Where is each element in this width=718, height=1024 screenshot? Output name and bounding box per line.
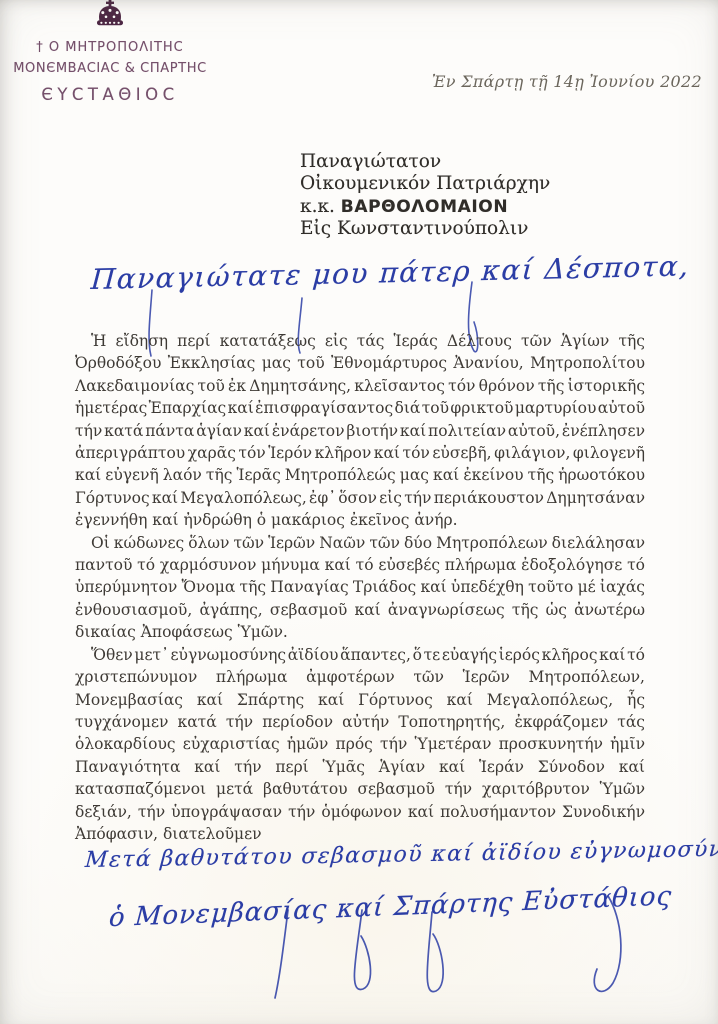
body-line: Παναγιότητα καί τήν περί Ὑμᾶς Ἁγίαν καί …: [75, 756, 645, 778]
body-line: Μονεμβασίας καί Σπάρτης καί Γόρτυνος καί…: [75, 689, 645, 711]
letterhead: † Ο ΜΗΤΡΟΠΟΛΙΤΗC ΜΟΝЄΜΒΑCΙΑC & CΠΑΡΤΗC Є…: [6, 0, 214, 104]
body-paragraph: Οἱ κώδωνες ὅλων τῶν Ἱερῶν Ναῶν τῶν δύο Μ…: [75, 532, 645, 644]
body-line: ὁλοκαρδίους εὐχαριστίας ἡμῶν πρός τήν Ὑμ…: [75, 733, 645, 755]
handwritten-salutation: Παναγιώτατε μου πάτερ καί Δέσποτα,: [90, 249, 691, 296]
body-paragraph: Ὅθεν μετ᾿ εὐγνωμοσύνης ἀϊδίου ἅπαντες, ὅ…: [75, 644, 645, 846]
letterhead-title: † Ο ΜΗΤΡΟΠΟΛΙΤΗC: [6, 40, 214, 55]
body-line: Λακεδαιμονίας τοῦ ἐκ Δημητσάνης, κλεῖσαν…: [75, 375, 645, 397]
body-line: ἡμετέρας Ἐπαρχίας καί ἐπισφραγίσαντος δι…: [75, 397, 645, 419]
body-line: τυγχάνομεν κατά τήν περίοδον αὐτήν Τοποτ…: [75, 711, 645, 733]
body-line: δικαίας Ἀποφάσεως Ὑμῶν.: [75, 621, 645, 643]
body-paragraph: Ἡ εἴδηση περί κατατάξεως εἰς τάς Ἱεράς Δ…: [75, 330, 645, 532]
body-line: Ὀρθοδόξου Ἐκκλησίας μας τοῦ Ἐθνομάρτυρος…: [75, 352, 645, 374]
body-line: παντοῦ τό χαρμόσυνον μήνυμα καί τό εὐσεβ…: [75, 554, 645, 576]
crown-icon: [92, 0, 128, 30]
body-line: καί εὐγενῆ λαόν τῆς Ἱερᾶς Μητροπόλεώς μα…: [75, 464, 645, 486]
handwritten-signature: ὁ Μονεμβασίας καί Σπάρτης Εὐστάθιος: [108, 882, 650, 933]
recipient-honorific: κ.κ.: [300, 196, 335, 217]
body-line: ἐνθουσιασμοῦ, ἀγάπης, σεβασμοῦ καί ἀναγν…: [75, 599, 645, 621]
body-line: δεξιάν, τήν ὑπογράψασαν τήν ὁμόφωνον καί…: [75, 801, 645, 823]
body-line: ἐγεννήθη καί ἠνδρώθη ὁ μακάριος ἐκεῖνος …: [75, 509, 645, 531]
body-line: χριστεπώνυμον πλήρωμα ἀμφοτέρων τῶν Ἱερῶ…: [75, 666, 645, 688]
recipient-address: Παναγιώτατον Οἰκουμενικόν Πατριάρχην κ.κ…: [300, 151, 550, 241]
body-line: Γόρτυνος καί Μεγαλοπόλεως, ἐφ᾿ ὅσον εἰς …: [75, 487, 645, 509]
recipient-line-3: κ.κ. ΒΑΡΘΟΛΟΜΑΙΟΝ: [300, 196, 550, 218]
recipient-line-2: Οἰκουμενικόν Πατριάρχην: [300, 173, 550, 195]
dateline: Ἐν Σπάρτῃ τῇ 14ῃ Ἰουνίου 2022: [432, 72, 702, 91]
recipient-line-1: Παναγιώτατον: [300, 151, 550, 173]
letter-document: † Ο ΜΗΤΡΟΠΟΛΙΤΗC ΜΟΝЄΜΒΑCΙΑC & CΠΑΡΤΗC Є…: [0, 0, 718, 1024]
letterhead-see: ΜΟΝЄΜΒΑCΙΑC & CΠΑΡΤΗC: [6, 61, 214, 76]
body-line: Ὅθεν μετ᾿ εὐγνωμοσύνης ἀϊδίου ἅπαντες, ὅ…: [75, 644, 645, 666]
body-line: τήν κατά πάντα ἁγίαν καί ἐνάρετον βιοτήν…: [75, 420, 645, 442]
body-line: κατασπαζόμενοι μετά βαθυτάτου σεβασμοῦ τ…: [75, 778, 645, 800]
letter-body: Ἡ εἴδηση περί κατατάξεως εἰς τάς Ἱεράς Δ…: [75, 330, 645, 845]
letterhead-metropolitan-name: ЄΥCΤΑΘΙΟC: [6, 85, 214, 104]
recipient-name: ΒΑΡΘΟΛΟΜΑΙΟΝ: [341, 197, 508, 217]
body-line: Ἡ εἴδηση περί κατατάξεως εἰς τάς Ἱεράς Δ…: [75, 330, 645, 352]
body-line: ὑπερύμνητον Ὄνομα τῆς Παναγίας Τριάδος κ…: [75, 576, 645, 598]
body-line: Οἱ κώδωνες ὅλων τῶν Ἱερῶν Ναῶν τῶν δύο Μ…: [75, 532, 645, 554]
recipient-line-4: Εἰς Κωνσταντινούπολιν: [300, 218, 550, 240]
body-line: ἀπεριγράπτου χαρᾶς τόν Ἱερόν κλῆρον καί …: [75, 442, 645, 464]
